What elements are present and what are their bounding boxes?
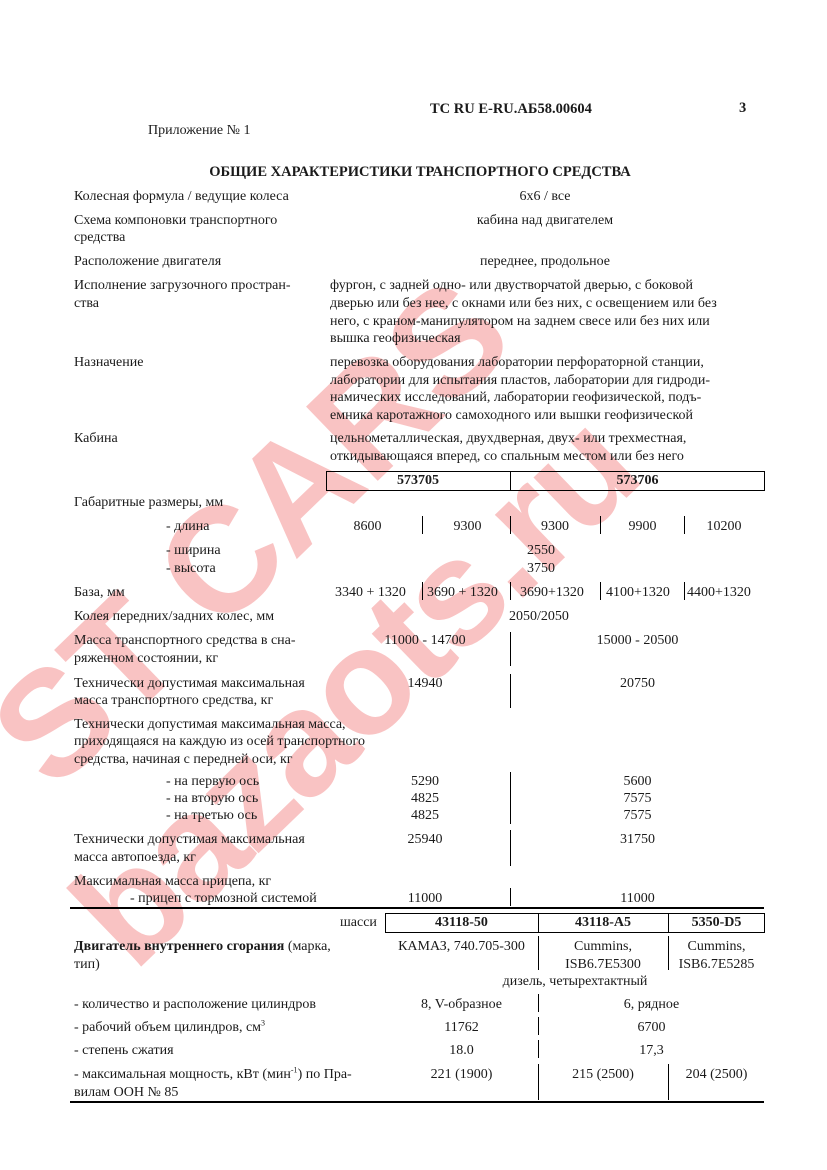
cylinders-label: - количество и расположение цилиндров xyxy=(74,996,316,1014)
document-page: ТС RU E-RU.АБ58.00604 3 Приложение № 1 О… xyxy=(0,0,827,1170)
height-label: - высота xyxy=(166,560,216,578)
length-value: 9900 xyxy=(600,518,685,536)
column-divider xyxy=(684,582,685,600)
power-label-text: - максимальная мощность, кВт (мин xyxy=(74,1067,291,1082)
axle-2-value: 4825 xyxy=(340,790,510,808)
axle-3-label: - на третью ось xyxy=(166,807,257,825)
curb-mass-label: Масса транспортного средства в сна- xyxy=(74,632,296,650)
chassis-43118-50: 43118-50 xyxy=(385,914,538,932)
length-label: - длина xyxy=(166,518,209,536)
chassis-5350-d5: 5350-D5 xyxy=(668,914,765,932)
column-divider xyxy=(510,582,511,600)
curb-mass-value: 15000 - 20500 xyxy=(510,632,765,650)
dimensions-label: Габаритные размеры, мм xyxy=(74,494,223,512)
cargo-value-line: фургон, с задней одно- или двустворчатой… xyxy=(330,277,693,295)
power-label-cont: вилам ООН № 85 xyxy=(74,1084,178,1102)
wheel-formula-value: 6х6 / все xyxy=(330,188,760,206)
page-title: ОБЩИЕ ХАРАКТЕРИСТИКИ ТРАНСПОРТНОГО СРЕДС… xyxy=(60,163,780,181)
axle-3-value: 4825 xyxy=(340,807,510,825)
engine-type-value: дизель, четырехтактный xyxy=(385,973,765,991)
model-573705: 573705 xyxy=(326,472,510,490)
axle-1-label: - на первую ось xyxy=(166,773,259,791)
wheelbase-value: 3690+1320 xyxy=(520,584,584,602)
compression-value: 18.0 xyxy=(385,1042,538,1060)
width-label: - ширина xyxy=(166,542,221,560)
track-label: Колея передних/задних колес, мм xyxy=(74,608,274,626)
power-value: 215 (2500) xyxy=(538,1066,668,1084)
purpose-value-line: перевозка оборудования лаборатории перфо… xyxy=(330,354,704,372)
max-mass-label: Технически допустимая максимальная xyxy=(74,675,305,693)
wheelbase-value: 3690 + 1320 xyxy=(427,584,498,602)
length-value: 8600 xyxy=(340,518,395,536)
column-divider xyxy=(510,772,511,824)
column-divider xyxy=(510,516,511,534)
cylinders-value: 8, V-образное xyxy=(385,996,538,1014)
cargo-value-line: вышка геофизическая xyxy=(330,330,461,348)
engine-model-value: ISB6.7E5300 xyxy=(538,956,668,974)
layout-label: Схема компоновки транспортного xyxy=(74,212,277,230)
layout-value: кабина над двигателем xyxy=(330,212,760,230)
engine-position-value: переднее, продольное xyxy=(330,253,760,271)
axle-1-value: 5600 xyxy=(510,773,765,791)
certificate-number: ТС RU E-RU.АБ58.00604 xyxy=(430,100,592,118)
wheel-formula-label: Колесная формула / ведущие колеса xyxy=(74,188,289,206)
train-mass-value: 25940 xyxy=(340,831,510,849)
trailer-mass-label: Максимальная масса прицепа, кг xyxy=(74,873,271,891)
cargo-label-cont: ства xyxy=(74,295,99,313)
engine-label: Двигатель внутреннего сгорания (марка, xyxy=(74,938,331,956)
purpose-value-line: намических исследований, лаборатории гео… xyxy=(330,389,701,407)
cargo-value-line: дверью или без нее, с окнами или без них… xyxy=(330,295,717,313)
section-divider xyxy=(70,1101,764,1103)
cab-value-line: цельнометаллическая, двухдверная, двух- … xyxy=(330,430,686,448)
model-573706: 573706 xyxy=(510,472,765,490)
height-value: 3750 xyxy=(527,560,555,578)
engine-label-rest: (марка, xyxy=(284,939,330,954)
displacement-label-text: - рабочий объем цилиндров, см xyxy=(74,1020,261,1035)
layout-label-cont: средства xyxy=(74,229,125,247)
power-label-text: ) по Пра- xyxy=(298,1067,352,1082)
engine-model-value: ISB6.7E5285 xyxy=(668,956,765,974)
section-divider xyxy=(70,907,764,909)
column-divider xyxy=(422,516,423,534)
trailer-mass-value: 11000 xyxy=(340,890,510,908)
engine-label-cont: тип) xyxy=(74,956,100,974)
length-value: 9300 xyxy=(515,518,595,536)
train-mass-value: 31750 xyxy=(510,831,765,849)
displacement-value: 6700 xyxy=(538,1019,765,1037)
engine-model-value: Cummins, xyxy=(668,938,765,956)
engine-label-bold: Двигатель внутреннего сгорания xyxy=(74,939,284,954)
curb-mass-value: 11000 - 14700 xyxy=(340,632,510,650)
cargo-label: Исполнение загрузочного простран- xyxy=(74,277,291,295)
power-value: 204 (2500) xyxy=(668,1066,765,1084)
length-value: 9300 xyxy=(430,518,505,536)
power-label: - максимальная мощность, кВт (мин-1) по … xyxy=(74,1066,352,1084)
power-value: 221 (1900) xyxy=(385,1066,538,1084)
wheelbase-label: База, мм xyxy=(74,584,125,602)
axle-2-label: - на вторую ось xyxy=(166,790,258,808)
width-value: 2550 xyxy=(527,542,555,560)
wheelbase-value: 4100+1320 xyxy=(606,584,670,602)
cylinders-value: 6, рядное xyxy=(538,996,765,1014)
trailer-mass-value: 11000 xyxy=(510,890,765,908)
chassis-label: шасси xyxy=(340,914,377,932)
curb-mass-label-cont: ряженном состоянии, кг xyxy=(74,650,218,668)
max-mass-value: 20750 xyxy=(510,675,765,693)
max-mass-label-cont: масса транспортного средства, кг xyxy=(74,692,273,710)
axle-mass-label-cont: приходящаяся на каждую из осей транспорт… xyxy=(74,733,365,751)
axle-mass-label: Технически допустимая максимальная масса… xyxy=(74,716,346,734)
displacement-label: - рабочий объем цилиндров, см3 xyxy=(74,1019,265,1037)
purpose-value-line: лаборатории для испытания пластов, лабор… xyxy=(330,372,710,390)
engine-model-value: КАМАЗ, 740.705-300 xyxy=(385,938,538,956)
chassis-43118-a5: 43118-А5 xyxy=(538,914,668,932)
axle-2-value: 7575 xyxy=(510,790,765,808)
purpose-label: Назначение xyxy=(74,354,143,372)
trailer-braked-label: - прицеп с тормозной системой xyxy=(130,890,317,908)
train-mass-label: Технически допустимая максимальная xyxy=(74,831,305,849)
cab-value-line: откидывающаяся вперед, со спальным место… xyxy=(330,448,684,466)
power-sup: -1 xyxy=(291,1065,298,1074)
axle-1-value: 5290 xyxy=(340,773,510,791)
column-divider xyxy=(422,582,423,600)
compression-value: 17,3 xyxy=(538,1042,765,1060)
wheelbase-value: 4400+1320 xyxy=(687,584,751,602)
engine-position-label: Расположение двигателя xyxy=(74,253,221,271)
page-number: 3 xyxy=(739,99,746,117)
cargo-value-line: него, с краном-манипулятором на заднем с… xyxy=(330,313,710,331)
axle-mass-label-cont: средства, начиная с передней оси, кг xyxy=(74,751,293,769)
column-divider xyxy=(600,582,601,600)
displacement-value: 11762 xyxy=(385,1019,538,1037)
wheelbase-value: 3340 + 1320 xyxy=(335,584,406,602)
engine-model-value: Cummins, xyxy=(538,938,668,956)
displacement-sup: 3 xyxy=(261,1018,265,1027)
compression-label: - степень сжатия xyxy=(74,1042,174,1060)
track-value: 2050/2050 xyxy=(509,608,569,626)
cab-label: Кабина xyxy=(74,430,118,448)
purpose-value-line: емника каротажного самоходного или вышки… xyxy=(330,407,693,425)
appendix-label: Приложение № 1 xyxy=(148,122,251,140)
axle-3-value: 7575 xyxy=(510,807,765,825)
length-value: 10200 xyxy=(684,518,764,536)
train-mass-label-cont: масса автопоезда, кг xyxy=(74,849,196,867)
max-mass-value: 14940 xyxy=(340,675,510,693)
